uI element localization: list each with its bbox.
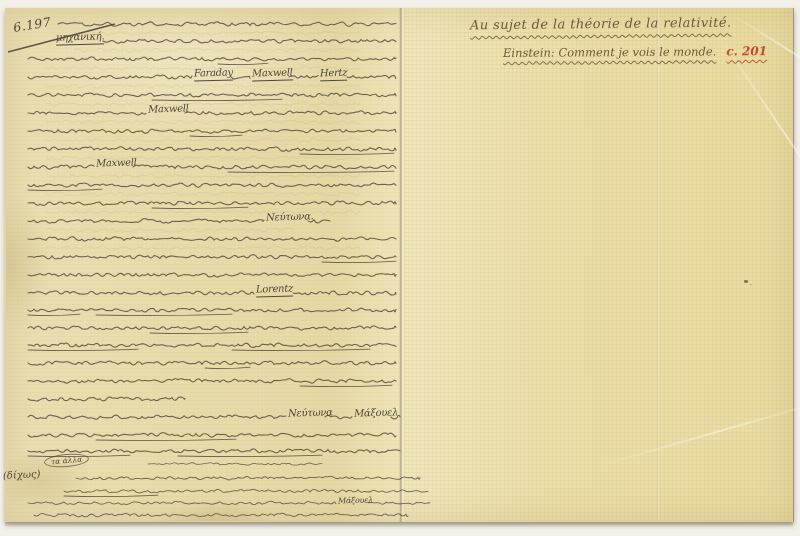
margin-note: (δίχως) — [3, 469, 41, 482]
manuscript-paper — [5, 8, 794, 522]
book-reference-row: Einstein: Comment je vois le monde. c. 2… — [503, 44, 767, 60]
page-reference: c. 201 — [726, 44, 767, 58]
title-annotation: Au sujet de la théorie de la relativité. — [470, 16, 732, 34]
book-reference: Einstein: Comment je vois le monde. — [503, 44, 716, 59]
paper-bottom-shadow — [5, 522, 793, 527]
ink-speck — [744, 280, 748, 283]
